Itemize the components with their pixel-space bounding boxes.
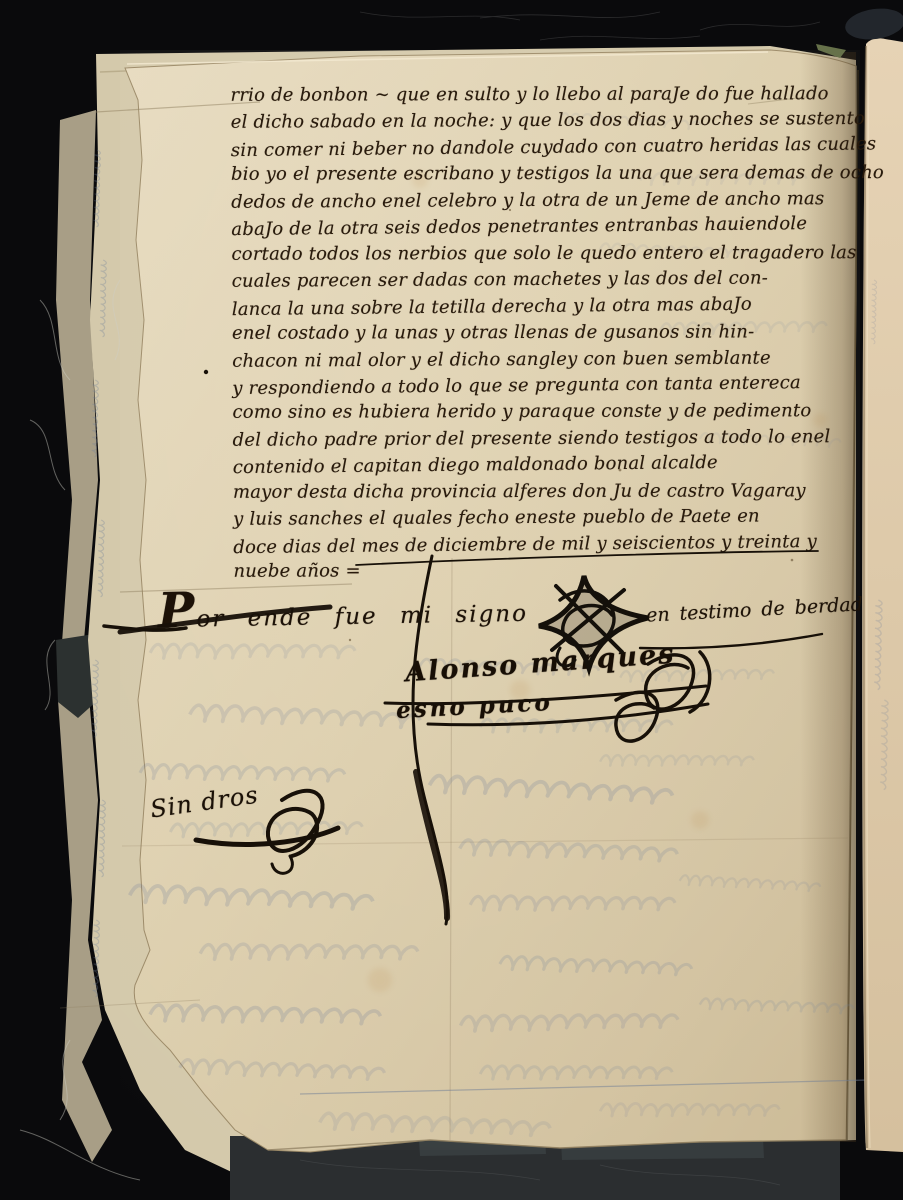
notary-signature-title: esno puco — [395, 689, 553, 724]
manuscript-line: enel costado y la unas y otras llenas de… — [232, 319, 824, 347]
text-layer: rrio de bonbon ~ que en sulto y lo llebo… — [0, 0, 903, 1200]
manuscript-line: como sino es hubiera herido y paraque co… — [232, 399, 824, 427]
manuscript-scan: rrio de bonbon ~ que en sulto y lo llebo… — [0, 0, 903, 1200]
manuscript-line: mayor desta dicha provincia alferes don … — [233, 478, 825, 506]
manuscript-line: abaJo de la otra seis dedos penetrantes … — [231, 211, 823, 244]
manuscript-line: contenido el capitan diego maldonado bon… — [233, 449, 825, 482]
manuscript-line: bio yo el presente escribano y testigos … — [231, 161, 823, 189]
attestation-phrase: en testimo de berdad — [646, 593, 864, 626]
notary-signature-name: Alonso marques — [404, 639, 676, 689]
manuscript-line: cortado todos los nerbios que solo le qu… — [231, 240, 823, 268]
manuscript-line: doce dias del mes de diciembre de mil y … — [233, 529, 825, 562]
manuscript-text-block: rrio de bonbon ~ que en sulto y lo llebo… — [230, 80, 825, 586]
closing-signo-phrase: Por ende fue mi signo — [158, 577, 529, 639]
fee-note: Sin dros — [149, 781, 261, 824]
manuscript-line: rrio de bonbon ~ que en sulto y lo llebo… — [231, 81, 823, 109]
manuscript-line: lanca la una sobre la tetilla derecha y … — [232, 291, 824, 324]
